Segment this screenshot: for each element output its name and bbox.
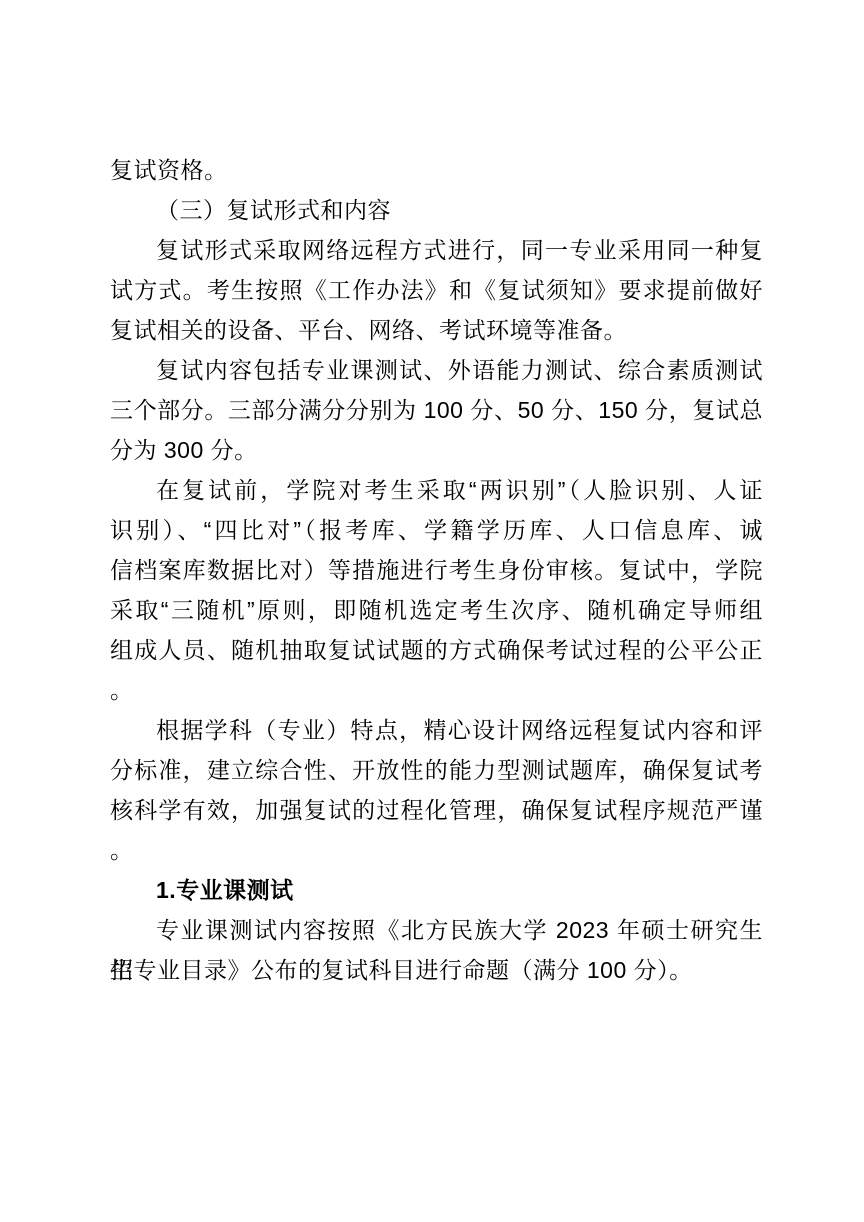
carryover-paragraph: 复试资格。 [110,150,763,190]
text-line: 。 [110,670,763,710]
subheading-professional-course-test: 1.专业课测试 [110,870,763,910]
section-heading: （三）复试形式和内容 [110,190,763,230]
text-line: 。 [110,830,763,870]
text-line: 三个部分。三部分满分分别为 100 分、50 分、150 分，复试总 [110,390,763,430]
text-line: 在复试前，学院对考生采取“两识别”（人脸识别、人证 [110,470,763,510]
section-heading-text: （三）复试形式和内容 [110,190,763,230]
text-line: 分标准，建立综合性、开放性的能力型测试题库，确保复试考 [110,750,763,790]
text-line: 核科学有效，加强复试的过程化管理，确保复试程序规范严谨 [110,790,763,830]
text-line: 复试相关的设备、平台、网络、考试环境等准备。 [110,310,763,350]
text-line: 复试形式采取网络远程方式进行，同一专业采用同一种复 [110,230,763,270]
text-line: 组成人员、随机抽取复试试题的方式确保考试过程的公平公正 [110,630,763,670]
text-line: 复试资格。 [110,150,763,190]
text-line: 试方式。考生按照《工作办法》和《复试须知》要求提前做好 [110,270,763,310]
text-line: 生专业目录》公布的复试科目进行命题（满分 100 分）。 [110,950,763,990]
paragraph-recheck-format: 复试形式采取网络远程方式进行，同一专业采用同一种复 试方式。考生按照《工作办法》… [110,230,763,350]
paragraph-professional-course-test: 专业课测试内容按照《北方民族大学 2023 年硕士研究生招 生专业目录》公布的复… [110,910,763,990]
text-line: 复试内容包括专业课测试、外语能力测试、综合素质测试 [110,350,763,390]
document-page: 复试资格。 （三）复试形式和内容 复试形式采取网络远程方式进行，同一专业采用同一… [0,0,864,1222]
text-line: 专业课测试内容按照《北方民族大学 2023 年硕士研究生招 [110,910,763,950]
text-line: 识别）、“四比对”（报考库、学籍学历库、人口信息库、诚 [110,510,763,550]
paragraph-identity-verification: 在复试前，学院对考生采取“两识别”（人脸识别、人证 识别）、“四比对”（报考库、… [110,470,763,710]
text-line: 信档案库数据比对）等措施进行考生身份审核。复试中，学院 [110,550,763,590]
subheading-text: 1.专业课测试 [110,870,763,910]
paragraph-content-and-scores: 复试内容包括专业课测试、外语能力测试、综合素质测试 三个部分。三部分满分分别为 … [110,350,763,470]
text-line: 采取“三随机”原则，即随机选定考生次序、随机确定导师组 [110,590,763,630]
text-line: 根据学科（专业）特点，精心设计网络远程复试内容和评 [110,710,763,750]
paragraph-test-design: 根据学科（专业）特点，精心设计网络远程复试内容和评 分标准，建立综合性、开放性的… [110,710,763,870]
text-line: 分为 300 分。 [110,430,763,470]
